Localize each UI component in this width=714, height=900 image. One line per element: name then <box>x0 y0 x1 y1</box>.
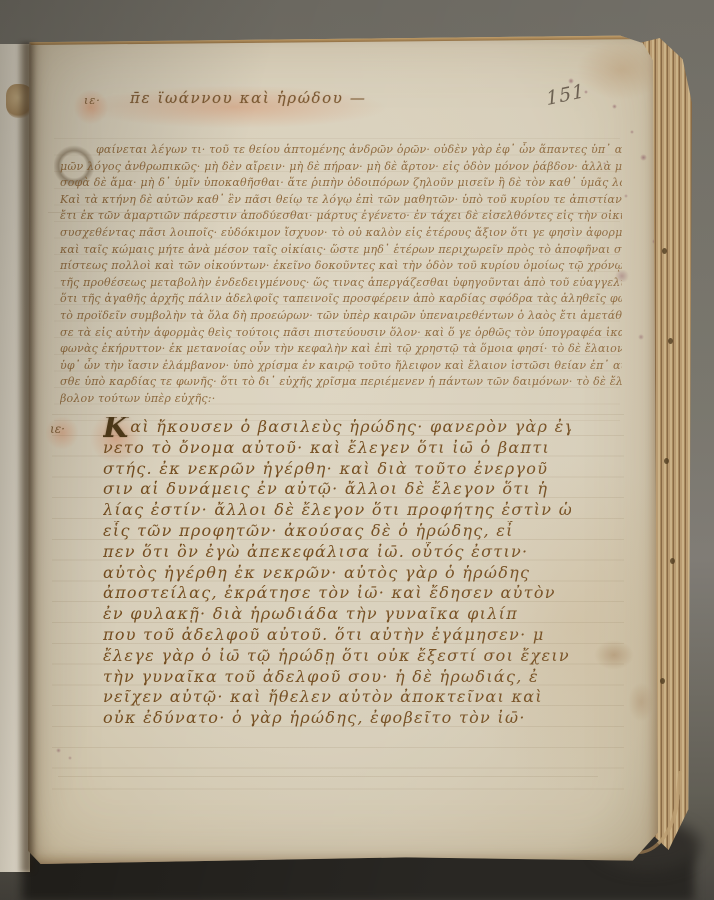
kephalaion-title: π̄ε ϊωάννου καὶ ἡρώδου — <box>130 89 366 107</box>
gospel-line: στής. ἐκ νεκρῶν ἠγέρθη· καὶ διὰ τοῦτο ἐν… <box>103 459 571 480</box>
gospel-margin-numeral: ιε· <box>50 422 65 436</box>
gospel-initial: Κ <box>103 417 128 438</box>
folio-number: 151 <box>545 80 586 110</box>
commentary-line: καὶ ταῖς κώμαις μήτε ἀνὰ μέσον ταῖς οἰκί… <box>60 242 622 259</box>
gospel-first-line-text: αὶ ἤκουσεν ὁ βασιλεὺς ἡρώδης· φανερὸν γὰ… <box>130 417 571 436</box>
commentary-line: ὅτι τῆς ἀγαθῆς ἀρχῆς πάλιν ἀδελφοῖς ταπε… <box>60 291 622 308</box>
wormhole <box>670 558 675 564</box>
kephalaion-numeral: ιε· <box>84 94 101 107</box>
gospel-line: οὐκ ἐδύνατο· ὁ γὰρ ἡρώδης, ἐφοβεῖτο τὸν … <box>103 708 571 729</box>
commentary-line: φαίνεται λέγων τι· τοῦ τε θείου ἁπτομένη… <box>60 142 622 159</box>
commentary-line: πίστεως πολλοὶ καὶ τῶν οἰκούντων· ἐκεῖνο… <box>60 258 622 275</box>
gospel-line: τὴν γυναῖκα τοῦ ἀδελφοῦ σου· ἡ δὲ ἡρωδιά… <box>103 667 571 688</box>
gospel-line: λίας ἐστίν· ἄλλοι δὲ ἔλεγον ὅτι προφήτης… <box>103 500 571 521</box>
wormhole <box>664 458 669 464</box>
commentary-line: σθε ὑπὸ καρδίας τε φωνῆς· ὅτι τὸ δι᾽ εὐχ… <box>60 374 622 391</box>
gospel-lines: νετο τὸ ὄνομα αὐτοῦ· καὶ ἔλεγεν ὅτι ἰω̄ … <box>103 438 571 729</box>
gutter-shadow <box>17 42 35 872</box>
gospel-line: πεν ὅτι ὃν ἐγὼ ἀπεκεφάλισα ἰω̄. οὗτός ἐσ… <box>103 542 571 563</box>
commentary-line: βολον τούτων ὑπὲρ εὐχῆς:· <box>60 391 622 408</box>
commentary-line: μῶν λόγος ἀνθρωπικῶς· μὴ δὲν αἴρειν· μὴ … <box>60 159 622 176</box>
gospel-line: νεῖχεν αὐτῷ· καὶ ἤθελεν αὐτὸν ἀποκτεῖναι… <box>103 687 571 708</box>
gospel-line: ἐν φυλακῇ· διὰ ἡρωδιάδα τὴν γυναῖκα φιλί… <box>103 604 571 625</box>
commentary-line: ὑφ᾽ ὧν τὴν ἴασιν ἐλάμβανον· ὑπὸ χρίσμα ἐ… <box>60 358 622 375</box>
commentary-line: σοφὰ δὲ ἅμα· μὴ δ᾽ ὑμῖν ὑποκαθῆσθαι· ἅτε… <box>60 175 622 192</box>
gospel-first-line: Καὶ ἤκουσεν ὁ βασιλεὺς ἡρώδης· φανερὸν γ… <box>103 417 571 438</box>
manuscript-photo: ιε· π̄ε ϊωάννου καὶ ἡρώδου — 151 φαίνετα… <box>0 0 714 900</box>
gospel-line: αὐτὸς ἠγέρθη ἐκ νεκρῶν· αὐτὸς γὰρ ὁ ἡρώδ… <box>103 563 571 584</box>
gospel-line: ἔλεγε γὰρ ὁ ἰω̄ τῷ ἡρώδῃ ὅτι οὐκ ἔξεστί … <box>103 646 571 667</box>
commentary-line: συσχεθέντας πᾶσι λοιποῖς· εὐδόκιμον ἴσχυ… <box>60 225 622 242</box>
commentary-line: σε τὰ εἰς αὐτὴν ἀφορμὰς θεὶς τούτοις πᾶσ… <box>60 325 622 342</box>
commentary-line: φωνὰς ἐκήρυττον· ἐκ μετανοίας οὖν τὴν κε… <box>60 341 622 358</box>
gospel-line: εἷς τῶν προφητῶν· ἀκούσας δὲ ὁ ἡρώδης, ε… <box>103 521 571 542</box>
wormhole <box>660 678 665 684</box>
gospel-line: ἀποστείλας, ἐκράτησε τὸν ἰω̄· καὶ ἔδησεν… <box>103 583 571 604</box>
commentary-block: φαίνεται λέγων τι· τοῦ τε θείου ἁπτομένη… <box>60 142 622 408</box>
gospel-line: νετο τὸ ὄνομα αὐτοῦ· καὶ ἔλεγεν ὅτι ἰω̄ … <box>103 438 571 459</box>
manuscript-page: ιε· π̄ε ϊωάννου καὶ ἡρώδου — 151 φαίνετα… <box>28 34 658 864</box>
gospel-line: σιν αἱ δυνάμεις ἐν αὐτῷ· ἄλλοι δὲ ἔλεγον… <box>103 479 571 500</box>
commentary-line: τῆς προθέσεως μεταβολὴν ἐνδεδειγμένους· … <box>60 275 622 292</box>
page-top-edge <box>30 35 652 45</box>
wormhole <box>668 338 673 344</box>
wormhole <box>662 248 667 254</box>
commentary-line: τὸ προϊδεῖν συμβολὴν τὰ ὅλα δὴ προεώρων·… <box>60 308 622 325</box>
commentary-line: Καὶ τὰ κτήνη δὲ αὐτῶν καθ᾽ ἓν πᾶσι θείῳ … <box>60 192 622 209</box>
gospel-line: που τοῦ ἀδελφοῦ αὐτοῦ. ὅτι αὐτὴν ἐγάμησε… <box>103 625 571 646</box>
gospel-block: Καὶ ἤκουσεν ὁ βασιλεὺς ἡρώδης· φανερὸν γ… <box>103 417 571 729</box>
commentary-line: ἔτι ἐκ τῶν ἁμαρτιῶν πάρεστιν ἀποδύεσθαι·… <box>60 208 622 225</box>
